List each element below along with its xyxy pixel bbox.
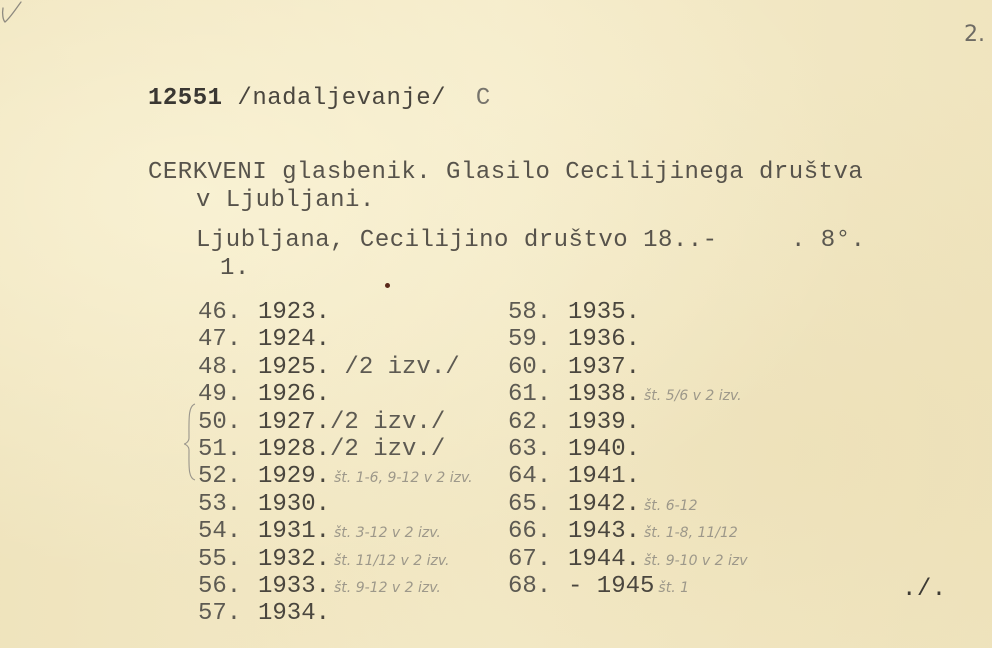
volume-number: 62. (508, 409, 568, 436)
holding-row: 55. 1932. št. 11/12 v 2 izv. (198, 546, 473, 573)
volume-year: 1939. (568, 409, 640, 436)
volume-number: 53. (198, 491, 258, 518)
handwritten-note: št. 9-12 v 2 izv. (334, 580, 441, 596)
volume-year: 1933. (258, 573, 330, 600)
holding-row: 68. - 1945 št. 1 (508, 573, 748, 600)
holding-row: 48. 1925. /2 izv./ (198, 354, 473, 381)
volume-year: 1928. (258, 436, 330, 463)
imprint: Ljubljana, Cecilijino društvo 18..- (196, 228, 718, 254)
holding-row: 62. 1939. (508, 409, 748, 436)
volume-year: 1923. (258, 299, 330, 326)
volume-number: 54. (198, 518, 258, 545)
volume-number: 49. (198, 381, 258, 408)
handwritten-note: št. 1-6, 9-12 v 2 izv. (334, 470, 473, 486)
volume-number: 52. (198, 463, 258, 490)
holding-row: 57. 1934. (198, 600, 473, 627)
holding-row: 52. 1929. št. 1-6, 9-12 v 2 izv. (198, 463, 473, 490)
holding-row: 50. 1927. /2 izv./ (198, 409, 473, 436)
handwritten-note: št. 6-12 (644, 498, 697, 514)
volume-year: 1924. (258, 326, 330, 353)
title-line-continued: v Ljubljani. (196, 188, 375, 214)
holding-row: 58. 1935. (508, 299, 748, 326)
page-number: 2. (964, 22, 985, 47)
volume-year: 1931. (258, 518, 330, 545)
volume-number: 56. (198, 573, 258, 600)
holding-row: 47. 1924. (198, 326, 473, 353)
volume-number: 60. (508, 354, 568, 381)
volume-number: 55. (198, 546, 258, 573)
volume-number: 51. (198, 436, 258, 463)
holding-row: 60. 1937. (508, 354, 748, 381)
checkmark-icon (0, 0, 22, 24)
holding-row: 54. 1931. št. 3-12 v 2 izv. (198, 518, 473, 545)
volume-number: 50. (198, 409, 258, 436)
typed-note: /2 izv./ (330, 354, 460, 381)
handwritten-note: št. 5/6 v 2 izv. (644, 388, 742, 404)
end-mark: ./. (902, 577, 947, 603)
volume-number: 65. (508, 491, 568, 518)
holding-row: 67. 1944. št. 9-10 v 2 izv (508, 546, 748, 573)
catalog-number: 12551 (148, 85, 223, 112)
volume-number: 59. (508, 326, 568, 353)
volume-year: 1943. (568, 518, 640, 545)
volume-year: 1927. (258, 409, 330, 436)
volume-year: 1944. (568, 546, 640, 573)
typed-note: /2 izv./ (330, 436, 445, 463)
holding-row: 46. 1923. (198, 299, 473, 326)
volume-number: 46. (198, 299, 258, 326)
volume-year: 1937. (568, 354, 640, 381)
holding-row: 53. 1930. (198, 491, 473, 518)
format: . 8°. (791, 228, 866, 254)
volume-number: 66. (508, 518, 568, 545)
holding-row: 66. 1943. št. 1-8, 11/12 (508, 518, 748, 545)
volume-year: 1929. (258, 463, 330, 490)
card-header: 12551 /nadaljevanje/ C (148, 86, 491, 112)
volume-year: 1934. (258, 600, 330, 627)
volume-year: 1941. (568, 463, 640, 490)
catalog-card: 2. 12551 /nadaljevanje/ C CERKVENI glasb… (0, 0, 992, 648)
holdings-column-right: 58. 1935. 59. 1936. 60. 1937. 61. 1938. … (508, 299, 748, 600)
volume-year: 1926. (258, 381, 330, 408)
volume-year: 1942. (568, 491, 640, 518)
volume-number: 67. (508, 546, 568, 573)
holding-row: 56. 1933. št. 9-12 v 2 izv. (198, 573, 473, 600)
volume-number: 58. (508, 299, 568, 326)
volume-number: 47. (198, 326, 258, 353)
volume-number: 64. (508, 463, 568, 490)
handwritten-note: št. 11/12 v 2 izv. (334, 553, 449, 569)
volume-year: 1940. (568, 436, 640, 463)
holding-row: 59. 1936. (508, 326, 748, 353)
volume-number: 48. (198, 354, 258, 381)
handwritten-note: št. 3-12 v 2 izv. (334, 525, 441, 541)
volume-year: 1932. (258, 546, 330, 573)
volume-year: 1935. (568, 299, 640, 326)
volume-year: 1925. (258, 354, 330, 381)
volume-start: 1. (220, 256, 250, 282)
volume-year: - 1945 (568, 573, 654, 600)
holding-row: 49. 1926. (198, 381, 473, 408)
volume-number: 63. (508, 436, 568, 463)
typed-note: /2 izv./ (330, 409, 445, 436)
handwritten-note: št. 1 (658, 580, 689, 596)
handwritten-note: št. 1-8, 11/12 (644, 525, 738, 541)
holding-row: 64. 1941. (508, 463, 748, 490)
volume-year: 1930. (258, 491, 330, 518)
holdings-column-left: 46. 1923. 47. 1924. 48. 1925. /2 izv./ 4… (198, 299, 473, 628)
continuation-label: /nadaljevanje/ (237, 85, 446, 112)
brace-mark-icon (183, 402, 197, 482)
letter-label: C (476, 85, 491, 112)
volume-number: 61. (508, 381, 568, 408)
holding-row: 63. 1940. (508, 436, 748, 463)
handwritten-note: št. 9-10 v 2 izv (644, 553, 748, 569)
ink-spot (385, 283, 390, 288)
volume-number: 57. (198, 600, 258, 627)
holding-row: 51. 1928. /2 izv./ (198, 436, 473, 463)
volume-number: 68. (508, 573, 568, 600)
holding-row: 65. 1942. št. 6-12 (508, 491, 748, 518)
volume-year: 1938. (568, 381, 640, 408)
title-line: CERKVENI glasbenik. Glasilo Cecilijinega… (148, 160, 863, 186)
volume-year: 1936. (568, 326, 640, 353)
holding-row: 61. 1938. št. 5/6 v 2 izv. (508, 381, 748, 408)
